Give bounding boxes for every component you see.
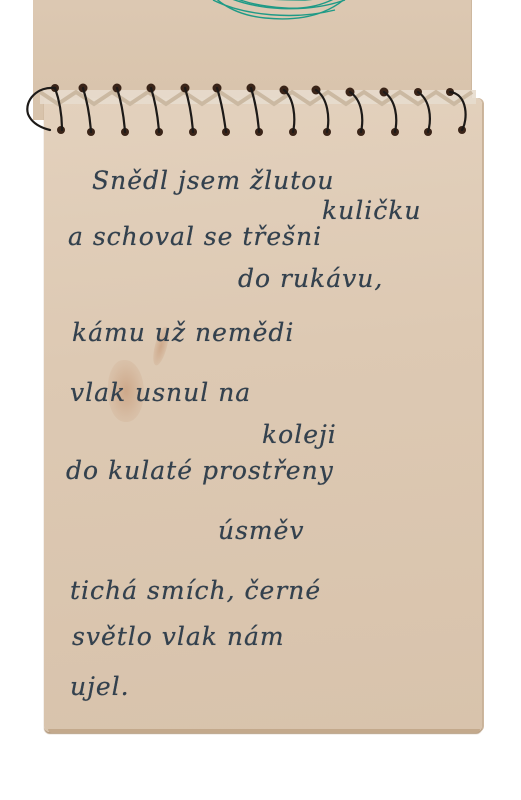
poem-line: vlak usnul na <box>70 378 251 407</box>
poem-line: a schoval se třešni <box>68 222 322 251</box>
poem-line: koleji <box>262 420 337 449</box>
poem-line: do rukávu, <box>238 264 383 293</box>
green-sketch-drawing <box>195 0 375 42</box>
poem-line: tichá smích, černé <box>70 576 321 605</box>
poem-line: úsměv <box>218 516 305 545</box>
poem-line: kuličku <box>322 196 422 225</box>
page-stack-edge <box>48 729 480 733</box>
spiral-binding <box>18 80 478 140</box>
poem-line: světlo vlak nám <box>72 622 285 651</box>
poem-line: kámu už nemědi <box>72 318 294 347</box>
poem-line: ujel. <box>70 672 130 701</box>
poem-line: Snědl jsem žlutou <box>92 166 334 195</box>
poem-line: do kulaté prostřeny <box>66 456 334 485</box>
